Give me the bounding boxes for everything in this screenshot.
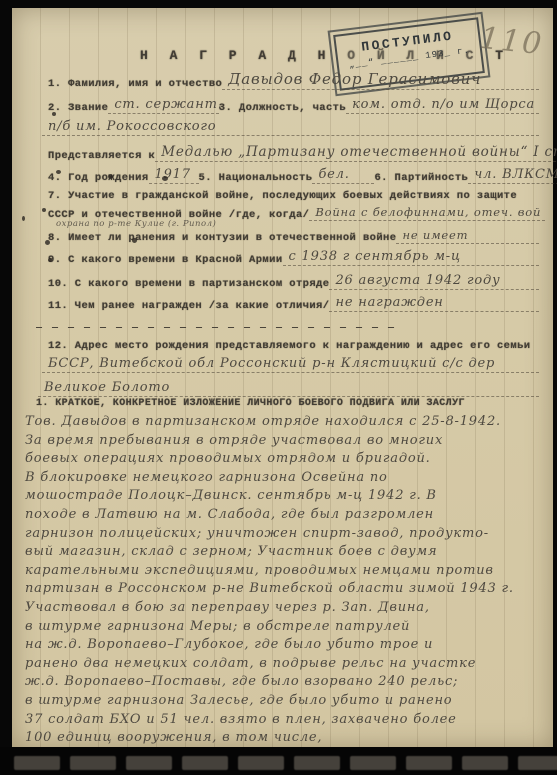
merit-line: гарнизон полицейских; уничтожен спирт-за… <box>25 525 545 544</box>
sprocket-hole <box>70 756 116 770</box>
field-war-participation-value: Война с белофиннами, отеч. вой <box>309 205 545 221</box>
field-wounds-label: 8. Имеет ли ранения и контузии в отечест… <box>48 232 396 244</box>
field-presented-value: Медалью „Партизану отечественной войны“ … <box>155 144 557 162</box>
merit-line: мошостраде Полоцк–Двинск. сентябрь м-ц 1… <box>25 487 545 506</box>
sprocket-hole <box>406 756 452 770</box>
field-nationality-label: 5. Национальность <box>199 172 313 184</box>
field-unit-label: 3. Должность, часть <box>219 102 346 114</box>
merit-line: 37 солдат БХО и 51 чел. взято в плен, за… <box>25 711 545 730</box>
merit-line: Участвовал в бою за переправу через р. З… <box>25 599 545 618</box>
field-wounds-row: 8. Имеет ли ранения и контузии в отечест… <box>48 228 539 244</box>
sprocket-hole <box>294 756 340 770</box>
field-partisan-since-label: 10. С какого времени в партизанском отря… <box>48 278 329 290</box>
merit-line: в штурме гарнизона Залесье, где было уби… <box>25 692 545 711</box>
merit-description: Тов. Давыдов в партизанском отряде наход… <box>25 413 545 748</box>
field-rank-label: 2. Звание <box>48 102 108 114</box>
field-birthyear-label: 4. Год рождения <box>48 172 149 184</box>
merit-line: партизан в Россонском р-не Витебской обл… <box>25 580 545 599</box>
field-nationality-value: бел. <box>312 167 374 184</box>
field-rank-unit-row: 2. Звание ст. сержант. 3. Должность, час… <box>48 97 539 114</box>
field-prior-awards-row: 11. Чем ранее награжден /за какие отличи… <box>48 295 539 312</box>
merit-line: Тов. Давыдов в партизанском отряде наход… <box>25 413 545 432</box>
field-address-value1-row: БССР, Витебской обл Россонский р-н Кляст… <box>42 356 539 373</box>
corner-page-number: 110 <box>478 21 545 62</box>
field-address-value2-row: Великое Болото <box>38 376 539 397</box>
sprocket-hole <box>126 756 172 770</box>
hole-punch-speck <box>42 208 46 212</box>
hole-punch-speck <box>45 240 50 245</box>
hole-punch-speck <box>56 170 61 174</box>
merit-line: ранено два немецких солдат, в подрыве ре… <box>25 655 545 674</box>
hole-punch-speck <box>162 176 168 181</box>
merit-line: За время пребывания в отряде участвовал … <box>25 432 545 451</box>
merit-line: боевых операциях проводимых отрядом и бр… <box>25 450 545 469</box>
field-partisan-since-row: 10. С какого времени в партизанском отря… <box>48 273 539 290</box>
field-unit-value2: п/б им. Рокоссовского <box>42 119 539 136</box>
hole-punch-speck <box>48 258 52 262</box>
microfilm-strip <box>0 747 557 775</box>
document-page: Н А Г Р А Д Н О Й Л И С Т ПОСТУПИЛО „__“… <box>12 8 553 748</box>
address-blank-line <box>198 376 539 397</box>
field-name-value: Давыдов Федор Герасимович <box>222 70 539 90</box>
sprocket-hole <box>462 756 508 770</box>
field-wounds-value: не имеет <box>396 228 539 244</box>
dashed-separator: — — — — — — — — — — — — — — — — — — — — … <box>36 323 533 334</box>
merit-line: в штурме гарнизона Меры; в обстреле патр… <box>25 618 545 637</box>
sprocket-hole <box>350 756 396 770</box>
field-address-row: 12. Адрес место рождения представляемого… <box>48 340 539 352</box>
merit-line: В блокировке немецкого гарнизона Освейна… <box>25 469 545 488</box>
field-redarmy-label: 9. С какого времени в Красной Армии <box>48 254 283 266</box>
field-party-value: чл. ВЛКСМ <box>468 167 557 184</box>
hole-punch-speck <box>52 112 56 116</box>
field-prior-awards-label: 11. Чем ранее награжден /за какие отличи… <box>48 300 329 312</box>
merit-line: ж.д. Воропаево–Поставы, где было взорван… <box>25 673 545 692</box>
merit-section-heading: 1. КРАТКОЕ, КОНКРЕТНОЕ ИЗЛОЖЕНИЕ ЛИЧНОГО… <box>36 398 543 409</box>
field-war-participation-row1: 7. Участие в гражданской войне, последую… <box>48 190 539 202</box>
sprocket-hole <box>518 756 557 770</box>
hole-punch-speck <box>132 238 137 243</box>
sprocket-hole <box>238 756 284 770</box>
merit-line: карательными экспедициями, проводимых не… <box>25 562 545 581</box>
field-name-label: 1. Фамилия, имя и отчество <box>48 78 222 90</box>
sprocket-hole <box>14 756 60 770</box>
field-rank-value: ст. сержант. <box>108 97 218 114</box>
field-redarmy-value: с 1938 г сентябрь м-ц <box>283 249 539 266</box>
field-presented-row: Представляется к Медалью „Партизану отеч… <box>48 144 539 162</box>
field-name-row: 1. Фамилия, имя и отчество Давыдов Федор… <box>48 70 539 90</box>
hole-punch-speck <box>108 174 113 179</box>
field-partisan-since-value: 26 августа 1942 году <box>329 273 539 290</box>
field-unit-value: ком. отд. п/о им Щорса <box>346 97 539 114</box>
field-address-value1: БССР, Витебской обл Россонский р-н Кляст… <box>42 356 539 373</box>
field-address-label: 12. Адрес место рождения представляемого… <box>48 340 530 352</box>
field-presented-label: Представляется к <box>48 150 155 162</box>
field-party-label: 6. Партийность <box>374 172 468 184</box>
merit-line: походе в Латвию на м. Слабода, где был р… <box>25 506 545 525</box>
merit-line: вый магазин, склад с зерном; Участник бо… <box>25 543 545 562</box>
field-address-value2: Великое Болото <box>38 380 198 397</box>
field-birthyear-value: 1917 <box>149 167 199 184</box>
field-unit-value2-row: п/б им. Рокоссовского <box>42 119 539 136</box>
field-war-participation-label1: 7. Участие в гражданской войне, последую… <box>48 190 517 202</box>
field-redarmy-row: 9. С какого времени в Красной Армии с 19… <box>48 249 539 266</box>
field-birth-nationality-party-row: 4. Год рождения 1917 5. Национальность б… <box>48 167 539 184</box>
hole-punch-speck <box>22 216 25 221</box>
sprocket-hole <box>182 756 228 770</box>
merit-line: 100 единиц вооружения, в том числе, <box>25 729 545 748</box>
field-prior-awards-value: не награжден <box>329 295 539 312</box>
merit-line: на ж.д. Воропаево–Глубокое, где было уби… <box>25 636 545 655</box>
